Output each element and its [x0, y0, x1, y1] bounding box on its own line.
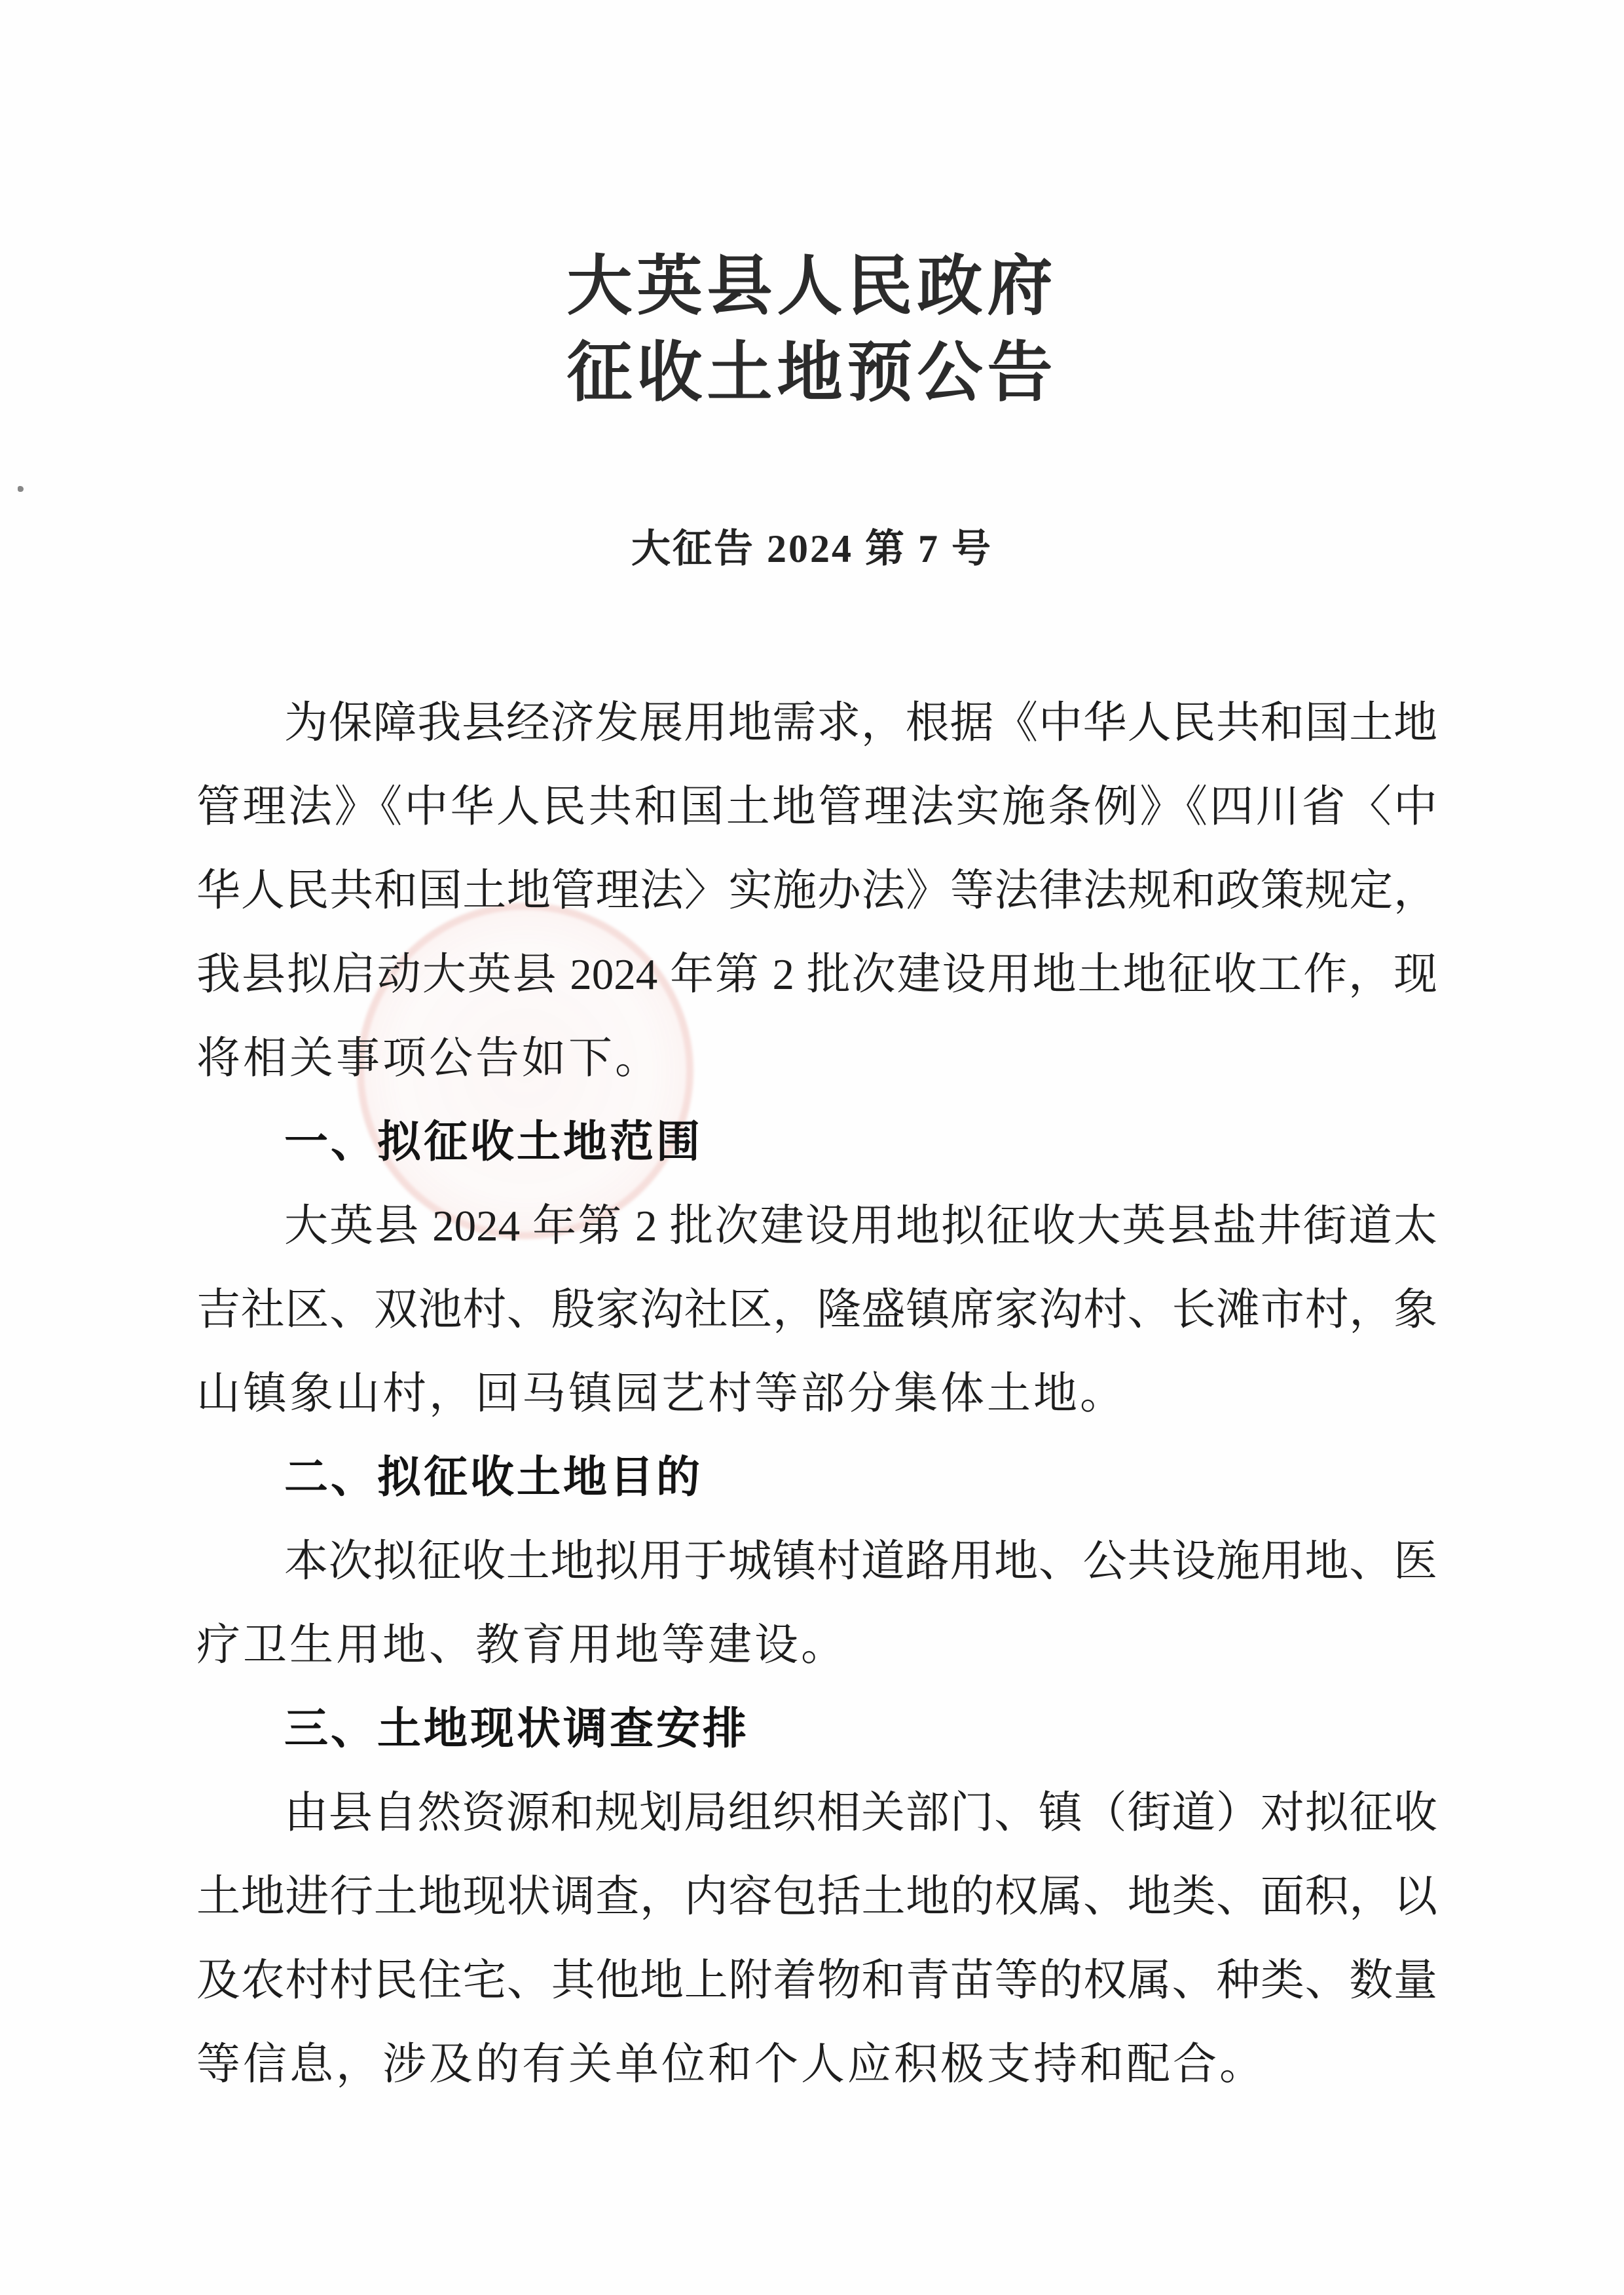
body-line: 等信息，涉及的有关单位和个人应积极支持和配合。 [196, 2023, 1437, 2106]
document-title: 大英县人民政府 征收土地预公告 [0, 244, 1624, 417]
body-line: 疗卫生用地、教育用地等建设。 [196, 1603, 1437, 1687]
body-line: 吉社区、双池村、殷家沟社区，隆盛镇席家沟村、长滩市村，象 [196, 1268, 1437, 1352]
document-page: 大英县人民政府 征收土地预公告 大征告 2024 第 7 号 为保障我县经济发展… [0, 0, 1624, 2295]
body-line: 由县自然资源和规划局组织相关部门、镇（街道）对拟征收 [196, 1771, 1437, 1855]
body-line: 华人民共和国土地管理法〉实施办法》等法律法规和政策规定， [196, 849, 1437, 933]
body-line: 及农村村民住宅、其他地上附着物和青苗等的权属、种类、数量 [196, 1939, 1437, 2023]
body-line: 山镇象山村，回马镇园艺村等部分集体土地。 [196, 1352, 1437, 1436]
title-line-1: 大英县人民政府 [0, 244, 1624, 330]
body-line: 为保障我县经济发展用地需求，根据《中华人民共和国土地 [196, 681, 1437, 765]
body-line: 将相关事项公告如下。 [196, 1017, 1437, 1100]
section-heading: 一、拟征收土地范围 [196, 1100, 1437, 1184]
body-line: 我县拟启动大英县 2024 年第 2 批次建设用地土地征收工作，现 [196, 933, 1437, 1017]
scan-speck [18, 486, 24, 492]
title-line-2: 征收土地预公告 [0, 330, 1624, 417]
document-body: 为保障我县经济发展用地需求，根据《中华人民共和国土地管理法》《中华人民共和国土地… [196, 681, 1437, 2106]
doc-number: 大征告 2024 第 7 号 [0, 523, 1624, 575]
body-line: 大英县 2024 年第 2 批次建设用地拟征收大英县盐井街道太 [196, 1184, 1437, 1268]
body-line: 管理法》《中华人民共和国土地管理法实施条例》《四川省〈中 [196, 765, 1437, 849]
body-line: 本次拟征收土地拟用于城镇村道路用地、公共设施用地、医 [196, 1520, 1437, 1603]
body-line: 土地进行土地现状调查，内容包括土地的权属、地类、面积，以 [196, 1855, 1437, 1939]
section-heading: 三、土地现状调查安排 [196, 1687, 1437, 1771]
section-heading: 二、拟征收土地目的 [196, 1436, 1437, 1520]
